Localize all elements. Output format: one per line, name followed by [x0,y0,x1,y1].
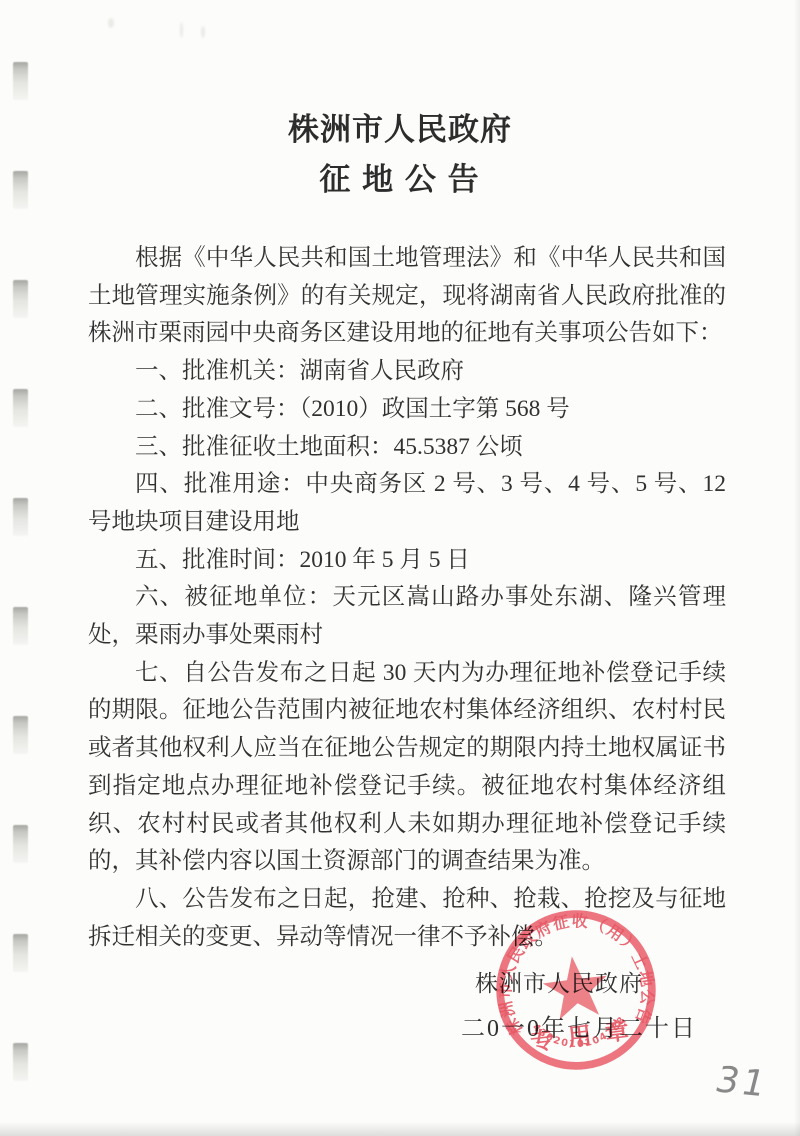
signature-issuer: 株洲市人民政府 [0,962,643,1006]
scan-smudge [201,26,205,38]
scanned-document-page: 株洲市人民政府 征 地 公 告 根据《中华人民共和国土地管理法》和《中华人民共和… [0,0,800,1136]
scan-smudge [180,22,183,38]
document-title: 株洲市人民政府 [0,0,800,148]
binder-hole [13,389,28,427]
binder-hole [13,607,28,645]
paragraph-item-4-usage: 四、批准用途：中央商务区 2 号、3 号、4 号、5 号、12 号地块项目建设用… [88,466,726,541]
paragraph-item-3-area: 三、批准征收土地面积：45.5387 公顷 [88,429,726,467]
paragraph-intro: 根据《中华人民共和国土地管理法》和《中华人民共和国土地管理实施条例》的有关规定，… [88,240,726,353]
handwritten-page-number: 31 [711,1060,773,1106]
paragraph-item-2-doc-no: 二、批准文号：（2010）政国土字第 568 号 [88,391,726,429]
paragraph-item-5-date: 五、批准时间：2010 年 5 月 5 日 [88,542,726,580]
binder-hole [13,280,28,318]
binder-hole [13,171,28,209]
binder-hole [13,716,28,754]
paragraph-item-1-authority: 一、批准机关：湖南省人民政府 [88,353,726,391]
paragraph-item-6-units: 六、被征地单位：天元区嵩山路办事处东湖、隆兴管理处，栗雨办事处栗雨村 [88,579,726,654]
paragraph-item-7-registration: 七、自公告发布之日起 30 天内为办理征地补偿登记手续的期限。征地公告范围内被征… [88,655,726,881]
binder-hole [13,62,28,100]
paragraph-item-8-no-compensation: 八、公告发布之日起，抢建、抢种、抢栽、抢挖及与征地拆迁相关的变更、异动等情况一律… [88,881,726,956]
document-subtitle: 征 地 公 告 [0,162,800,198]
signature-date: 二0一0年七月二十日 [0,1006,697,1052]
scan-smudge [108,18,114,28]
signature-block: 株洲市人民政府 二0一0年七月二十日 [0,962,800,1052]
document-body: 根据《中华人民共和国土地管理法》和《中华人民共和国土地管理实施条例》的有关规定，… [88,240,726,956]
binder-hole [13,825,28,863]
binder-hole [13,498,28,536]
